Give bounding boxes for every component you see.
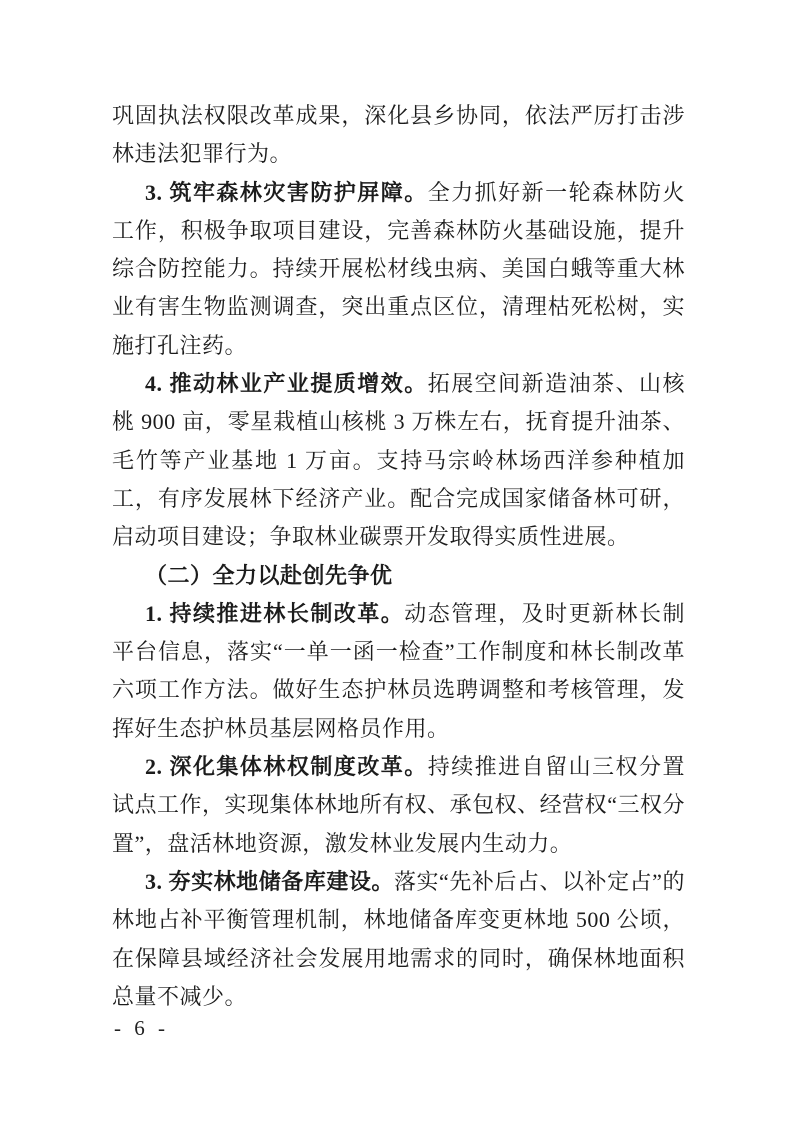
paragraph: 3. 筑牢森林灾害防护屏障。全力抓好新一轮森林防火工作，积极争取项目建设，完善森… <box>112 174 685 365</box>
paragraph-text: 全力抓好新一轮森林防火工作，积极争取项目建设，完善森林防火基础设施，提升综合防控… <box>112 180 685 358</box>
paragraph-lead: 2. 深化集体林权制度改革。 <box>145 754 428 779</box>
section-heading: （二）全力以赴创先争优 <box>112 557 685 595</box>
paragraph-lead: 4. 推动林业产业提质增效。 <box>145 371 428 396</box>
paragraph: 4. 推动林业产业提质增效。拓展空间新造油茶、山核桃 900 亩，零星栽植山核桃… <box>112 365 685 556</box>
paragraph-text: 拓展空间新造油茶、山核桃 900 亩，零星栽植山核桃 3 万株左右，抚育提升油茶… <box>112 371 685 549</box>
paragraph-lead: （二）全力以赴创先争优 <box>145 563 393 588</box>
document-body: 巩固执法权限改革成果，深化县乡协同，依法严厉打击涉林违法犯罪行为。3. 筑牢森林… <box>112 97 685 1016</box>
paragraph: 2. 深化集体林权制度改革。持续推进自留山三权分置试点工作，实现集体林地所有权、… <box>112 748 685 863</box>
paragraph: 3. 夯实林地储备库建设。落实“先补后占、以补定占”的林地占补平衡管理机制，林地… <box>112 863 685 1016</box>
document-page: 巩固执法权限改革成果，深化县乡协同，依法严厉打击涉林违法犯罪行为。3. 筑牢森林… <box>0 0 793 1122</box>
paragraph: 巩固执法权限改革成果，深化县乡协同，依法严厉打击涉林违法犯罪行为。 <box>112 97 685 174</box>
paragraph: 1. 持续推进林长制改革。动态管理，及时更新林长制平台信息，落实“一单一函一检查… <box>112 595 685 748</box>
paragraph-lead: 3. 夯实林地储备库建设。 <box>145 869 394 894</box>
paragraph-lead: 3. 筑牢森林灾害防护屏障。 <box>145 180 428 205</box>
paragraph-lead: 1. 持续推进林长制改革。 <box>145 601 404 626</box>
paragraph-text: 巩固执法权限改革成果，深化县乡协同，依法严厉打击涉林违法犯罪行为。 <box>112 103 685 166</box>
page-number: - 6 - <box>114 1016 169 1041</box>
